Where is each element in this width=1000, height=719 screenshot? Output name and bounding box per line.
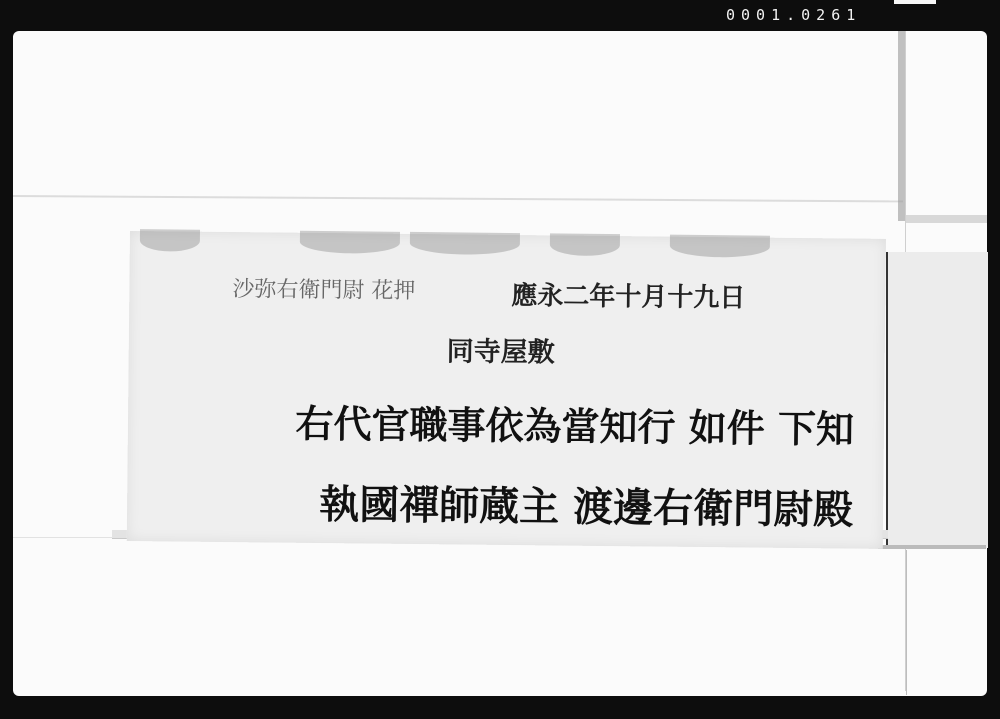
document-text: 執國禪師蔵主 渡邊右衛門尉殿 右代官職事依為當知行 如件 下知 同寺屋敷 應永二… bbox=[127, 231, 886, 549]
adjacent-page-panel bbox=[886, 252, 988, 548]
text-line-2: 右代官職事依為當知行 如件 下知 bbox=[295, 393, 854, 454]
sleeve-bottom bbox=[906, 215, 987, 223]
film-frame-number: 0001.0261 bbox=[726, 6, 861, 24]
page-separator bbox=[906, 550, 907, 695]
text-line-5-signature: 沙弥右衛門尉 花押 bbox=[232, 272, 415, 305]
document-paper: 執國禪師蔵主 渡邊右衛門尉殿 右代官職事依為當知行 如件 下知 同寺屋敷 應永二… bbox=[127, 231, 886, 549]
text-line-4-date: 應永二年十月十九日 bbox=[511, 275, 745, 314]
adjacent-page-edge bbox=[878, 545, 986, 549]
text-line-3: 同寺屋敷 bbox=[447, 329, 555, 369]
film-corner-tab bbox=[894, 0, 936, 4]
text-line-1: 執國禪師蔵主 渡邊右衛門尉殿 bbox=[319, 473, 854, 536]
